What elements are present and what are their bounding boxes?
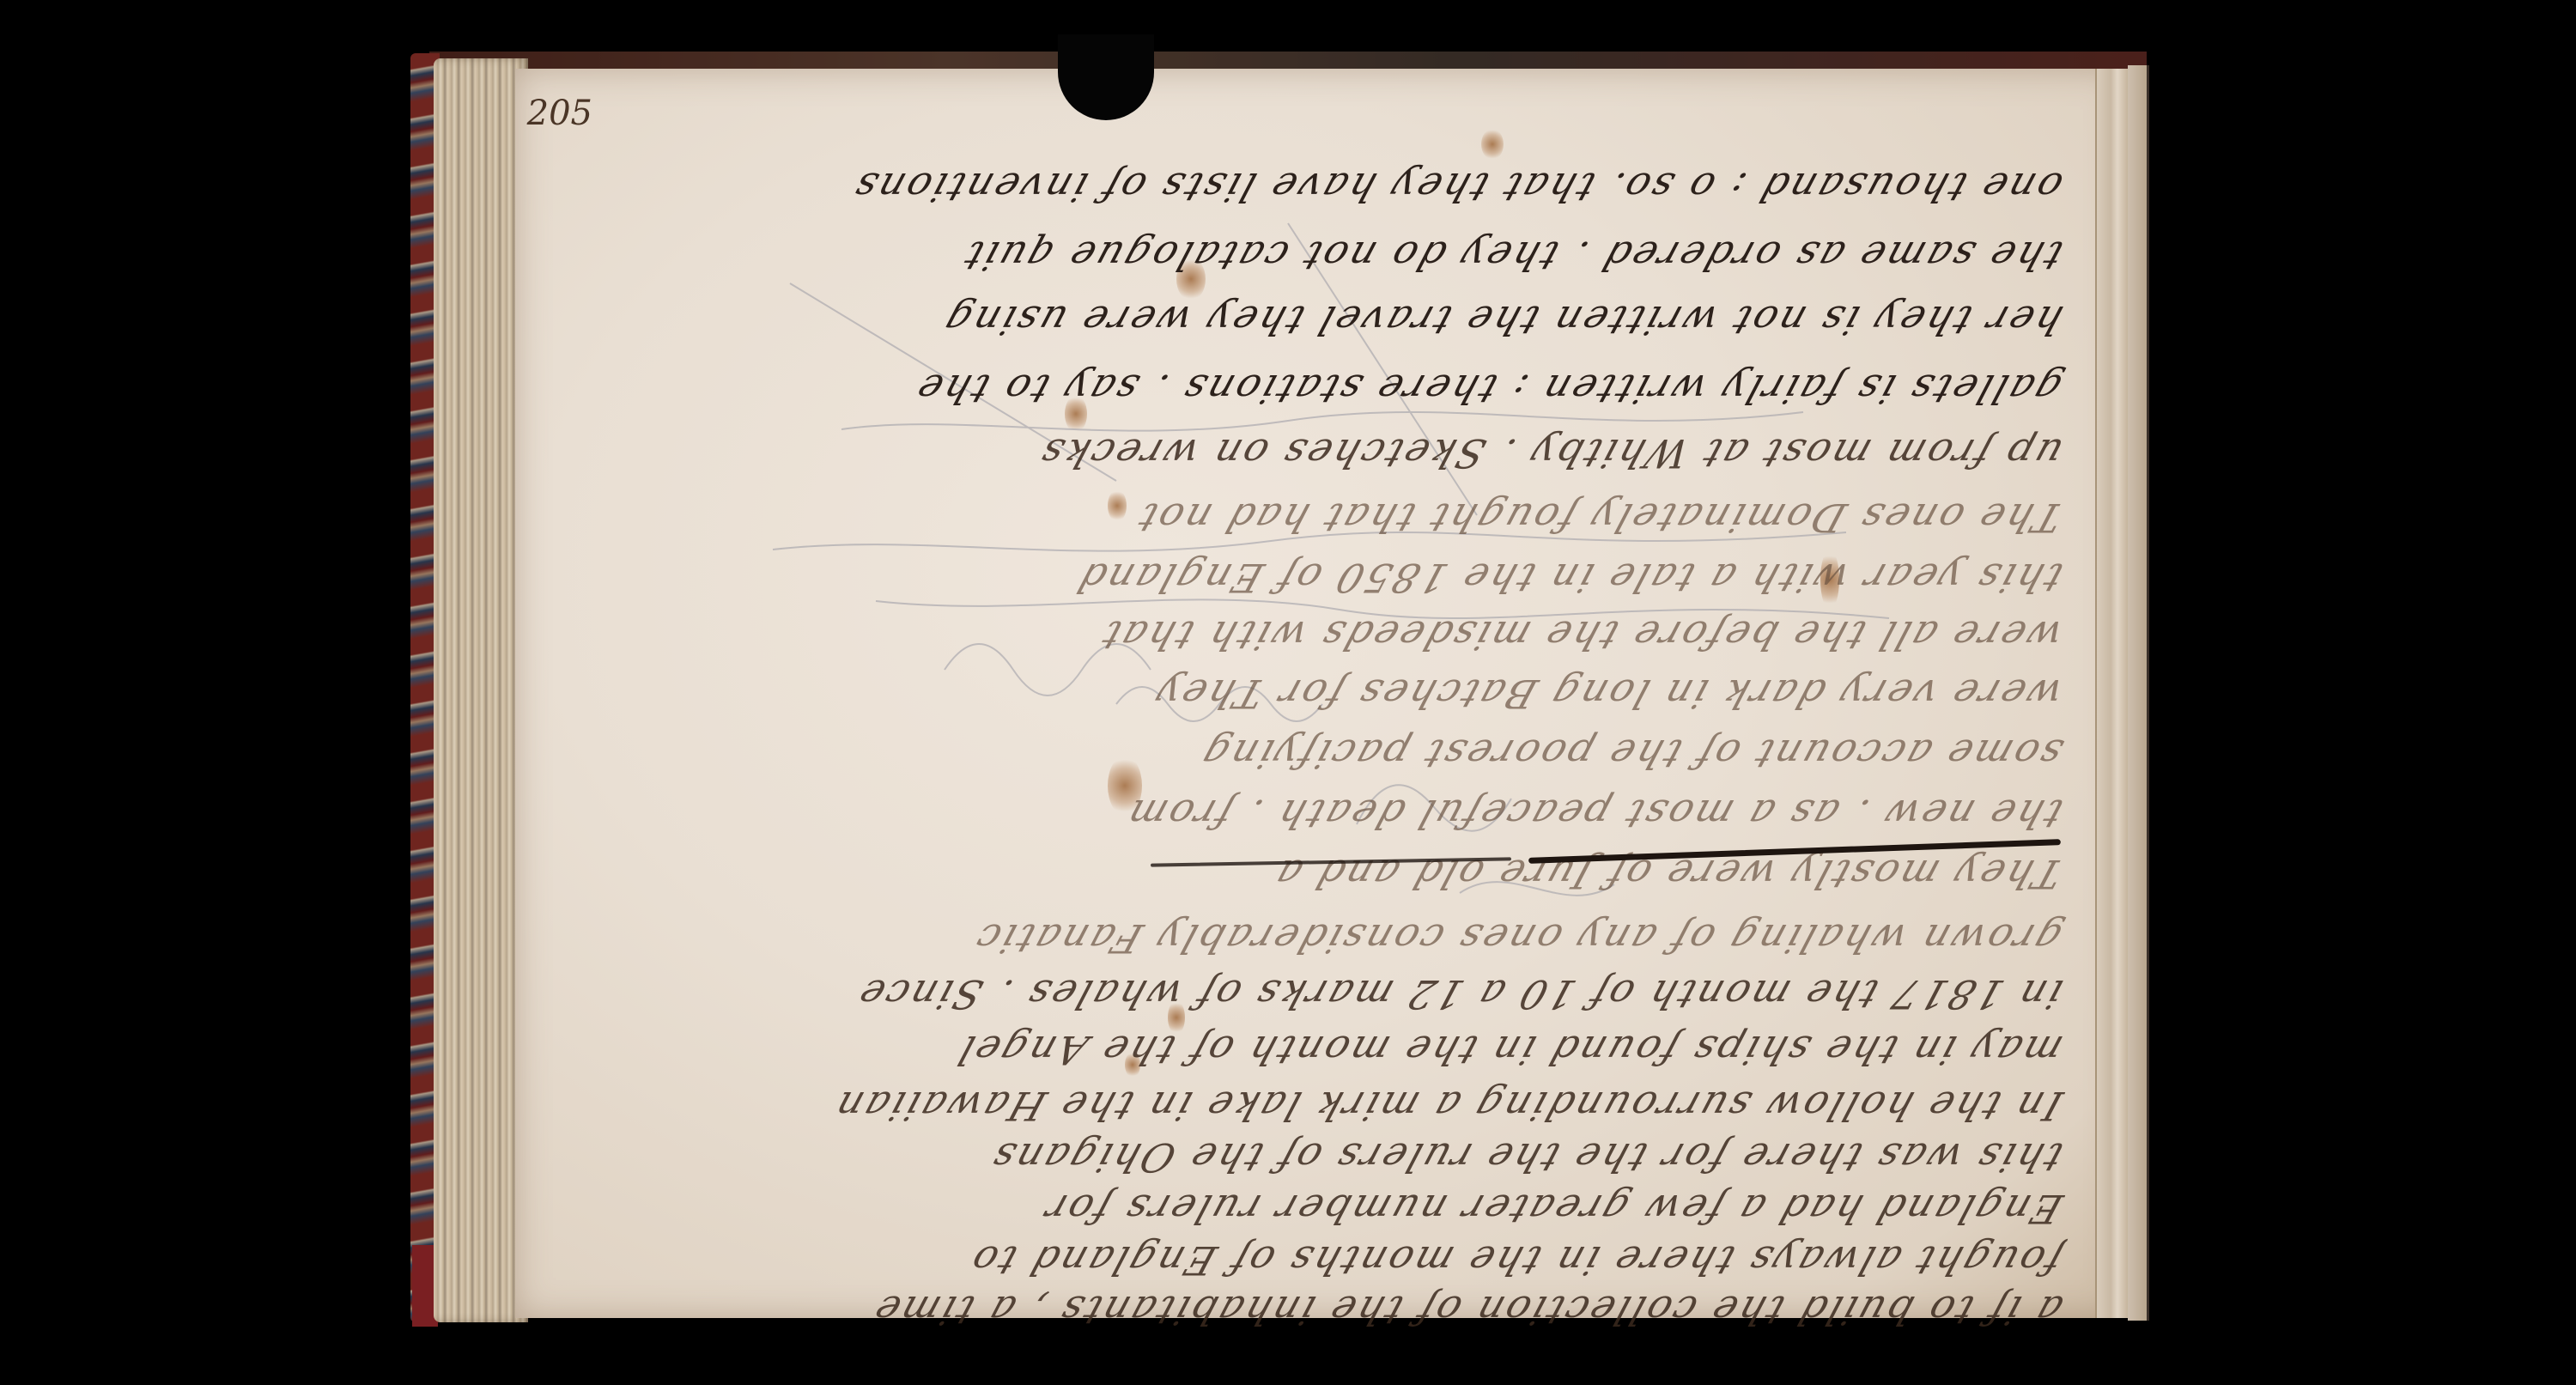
handwritten-line: The ones Dominately fought that had not	[576, 495, 2069, 541]
handwritten-line: grown whaling of any ones considerably F…	[576, 915, 2069, 962]
photo-stage: one thousand : o so. that they have list…	[0, 0, 2576, 1385]
handwritten-line: In the hollow surrounding a mirk lake in…	[576, 1083, 2069, 1129]
handwritten-line: the same as ordered . they do not catalo…	[576, 233, 2069, 279]
page-back-edge	[2128, 65, 2149, 1321]
handwritten-line: gallets is fairly written : there statio…	[576, 366, 2069, 412]
handwritten-line: one thousand : o so. that they have list…	[576, 164, 2069, 210]
handwritten-line: may in the ships found in the month of t…	[576, 1027, 2069, 1073]
page-right-edge	[2095, 69, 2131, 1318]
book-cover-top-edge	[429, 52, 2147, 70]
page-number: 205	[527, 94, 592, 133]
handwritten-line: this year with a tale in the 1850 of Eng…	[576, 555, 2069, 601]
handwritten-line: this was there for the the rulers of the…	[576, 1134, 2069, 1181]
stacked-page-edges	[434, 58, 528, 1322]
handwritten-line: They mostly were of Jure old and a	[576, 851, 2069, 897]
handwritten-line: a if to build the collection of the inha…	[576, 1287, 2069, 1333]
handwritten-line: up from most at Whitby . Sketches on wre…	[576, 430, 2069, 477]
handwritten-line: fought always there in the months of Eng…	[576, 1237, 2069, 1284]
handwritten-line: were very dark in long Batches for They	[576, 671, 2069, 717]
handwritten-line: her they is not written the travel they …	[576, 297, 2069, 343]
handwritten-line: were all the before the misdeeds with th…	[576, 612, 2069, 659]
handwritten-line: England had a few greater number rulers …	[576, 1186, 2069, 1232]
handwritten-text-block: one thousand : o so. that they have list…	[515, 69, 2121, 1318]
handwritten-line: some account of the poorest pacifying	[576, 731, 2069, 777]
handwritten-line: in 1817 the month of 10 a 12 marks of wh…	[576, 971, 2069, 1017]
handwritten-line: the new . as a most peaceful death . fro…	[576, 791, 2069, 837]
